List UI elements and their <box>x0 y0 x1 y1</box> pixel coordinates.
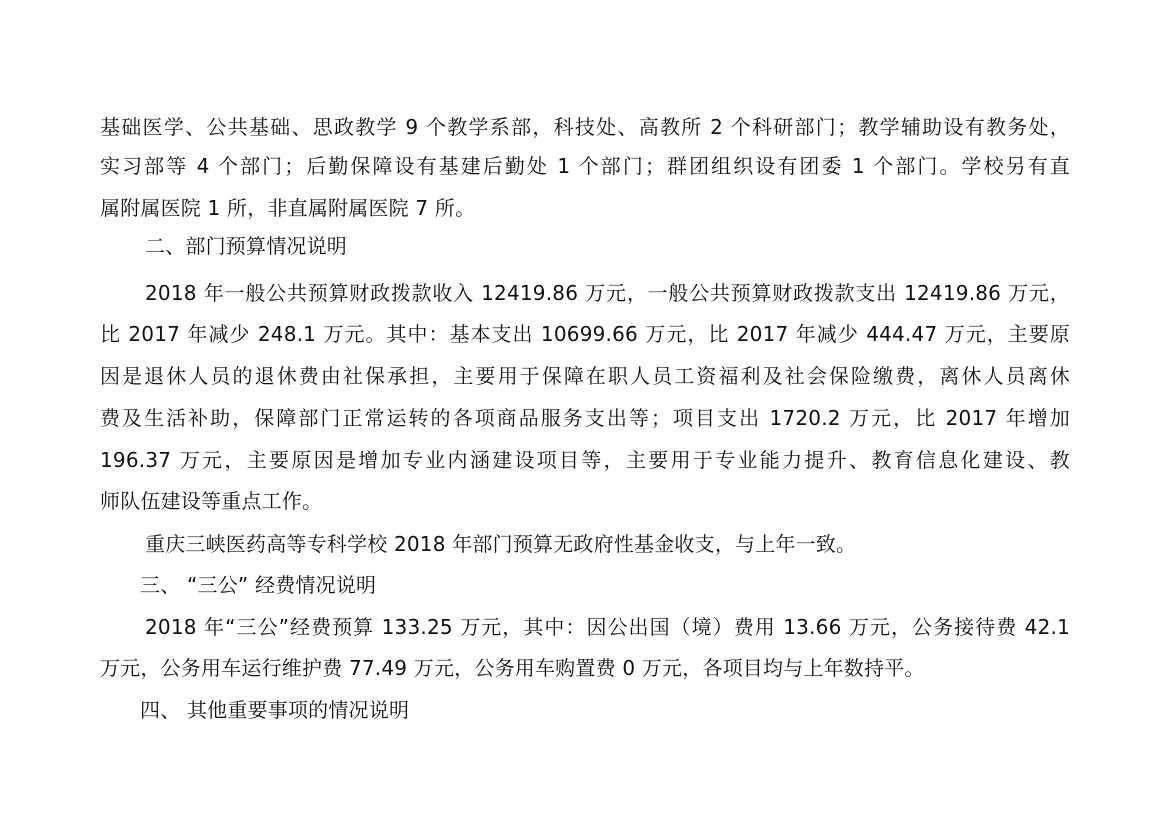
paragraph-line: 重庆三峡医药高等专科学校 2018 年部门预算无政府性基金收支，与上年一致。 <box>145 530 856 558</box>
paragraph-line: 万元，公务用车运行维护费 77.49 万元，公务用车购置费 0 万元，各项目均与… <box>100 654 925 682</box>
section-heading-budget: 二、部门预算情况说明 <box>145 232 347 260</box>
paragraph-line: 比 2017 年减少 248.1 万元。其中：基本支出 10699.66 万元，… <box>100 320 1070 348</box>
paragraph-line: 费及生活补助，保障部门正常运转的各项商品服务支出等；项目支出 1720.2 万元… <box>100 404 1070 432</box>
paragraph-line: 196.37 万元，主要原因是增加专业内涵建设项目等，主要用于专业能力提升、教育… <box>100 446 1070 474</box>
paragraph-line: 基础医学、公共基础、思政教学 9 个教学系部，科技处、高教所 2 个科研部门；教… <box>100 113 1070 141</box>
paragraph-line: 因是退休人员的退休费由社保承担，主要用于保障在职人员工资福利及社会保险缴费，离休… <box>100 362 1070 390</box>
section-heading-three-public: 三、 “三公” 经费情况说明 <box>140 571 376 599</box>
paragraph-line: 属附属医院 1 所，非直属附属医院 7 所。 <box>100 194 475 222</box>
paragraph-line: 2018 年一般公共预算财政拨款收入 12419.86 万元，一般公共预算财政拨… <box>145 279 1070 307</box>
section-heading-other-matters: 四、 其他重要事项的情况说明 <box>140 696 409 724</box>
document-page: 基础医学、公共基础、思政教学 9 个教学系部，科技处、高教所 2 个科研部门；教… <box>0 0 1169 827</box>
paragraph-line: 实习部等 4 个部门；后勤保障设有基建后勤处 1 个部门；群团组织设有团委 1 … <box>100 152 1070 180</box>
paragraph-line: 2018 年“三公”经费预算 133.25 万元，其中：因公出国（境）费用 13… <box>145 613 1070 641</box>
paragraph-line: 师队伍建设等重点工作。 <box>100 487 322 515</box>
